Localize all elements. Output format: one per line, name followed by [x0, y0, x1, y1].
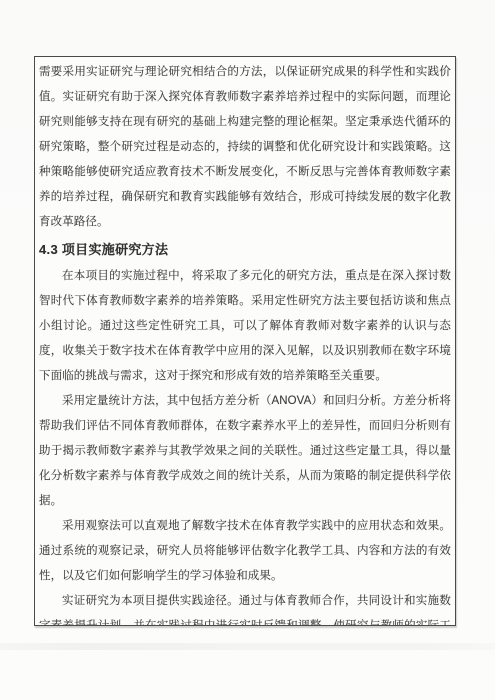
scanned-document-page: 需要采用实证研究与理论研究相结合的方法，以保证研究成果的科学性和实践价值。实证研… — [0, 0, 495, 700]
body-paragraph-qualitative-methods: 在本项目的实施过程中，将采取了多元化的研究方法，重点是在深入探讨数智时代下体育教… — [39, 264, 451, 389]
continuation-paragraph: 需要采用实证研究与理论研究相结合的方法，以保证研究成果的科学性和实践价值。实证研… — [39, 60, 451, 235]
body-paragraph-quantitative-methods: 采用定量统计方法，其中包括方差分析（ANOVA）和回归分析。方差分析将帮助我们评… — [39, 389, 451, 514]
body-paragraph-observation-method: 采用观察法可以直观地了解数字技术在体育教学实践中的应用状态和效果。通过系统的观察… — [39, 514, 451, 589]
section-heading: 4.3 项目实施研究方法 — [39, 235, 451, 264]
scan-shadow-band — [0, 643, 495, 650]
body-paragraph-empirical-research: 实证研究为本项目提供实践途径。通过与体育教师合作，共同设计和实施数字素养提升计划… — [39, 589, 451, 626]
table-cell-border: 需要采用实证研究与理论研究相结合的方法，以保证研究成果的科学性和实践价值。实证研… — [34, 56, 456, 626]
